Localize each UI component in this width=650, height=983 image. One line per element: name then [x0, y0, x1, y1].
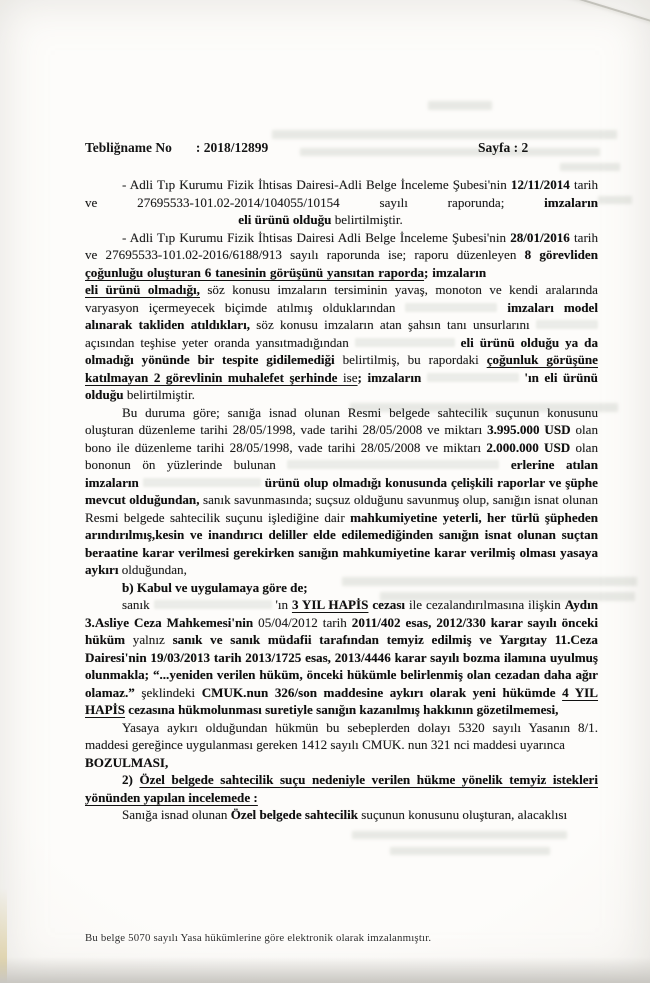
text-run: suçunun konusunu oluşturan, alacaklısı — [361, 807, 567, 822]
bleed-through-text — [352, 831, 567, 839]
text-run: 05/04/2012 tarih — [258, 615, 352, 630]
text-run: belirtilmiştir. — [335, 212, 403, 227]
redacted-name — [405, 303, 497, 312]
bleed-through-text — [428, 101, 492, 110]
scan-edge-shadow — [0, 957, 650, 983]
page-number: Sayfa : 2 — [478, 140, 528, 156]
text-run: b) Kabul ve uygulamaya göre de; — [122, 580, 308, 595]
bleed-through-text — [560, 163, 620, 171]
scanned-legal-document-page: Tebliğname No: 2018/12899 Sayfa : 2 - Ad… — [0, 0, 650, 983]
text-run: cezası — [368, 597, 405, 612]
text-run: ile cezalandırılmasına ilişkin — [405, 597, 565, 612]
redacted-name — [143, 478, 261, 487]
doc-number-label: Tebliğname No — [85, 140, 172, 155]
page-fold-crease — [549, 0, 650, 29]
text-run: imzaların — [432, 265, 486, 280]
paragraph-private-document: Sanığa isnad olunan Özel belgede sahteci… — [85, 806, 598, 824]
text-run: olduğundan, — [122, 562, 187, 577]
text-run: sanık — [122, 597, 154, 612]
text-run: imzaların — [367, 370, 421, 385]
text-run: 2.000.000 USD — [486, 440, 570, 455]
text-run: eli ürünü olduğu — [238, 212, 334, 227]
text-run: CMUK.nun 326/son maddesine aykırı olarak… — [202, 685, 562, 700]
text-run: 2) — [122, 772, 139, 787]
text-run: 3 YIL HAPİS — [292, 597, 368, 612]
text-run: ; — [358, 370, 368, 385]
text-run: - Adli Tıp Kurumu Fizik İhtisas Dairesi … — [122, 230, 510, 245]
heading-2: 2) Özel belgede sahtecilik suçu nedeniyl… — [85, 771, 598, 806]
paragraph-report-2016: - Adli Tıp Kurumu Fizik İhtisas Dairesi … — [85, 229, 598, 404]
text-run: Yasaya aykırı olduğundan hükmün bu sebep… — [85, 720, 598, 753]
redacted-name — [154, 600, 272, 609]
text-run: Sanığa isnad olunan — [122, 807, 231, 822]
bleed-through-text — [390, 847, 550, 855]
text-run: BOZULMASI, — [85, 755, 168, 770]
text-run: belirtilmiş, bu rapordaki — [335, 352, 487, 367]
text-run: Özel belgede sahtecilik suçu nedeniyle v… — [85, 772, 598, 805]
text-run: söz konusu imzaların atan şahsın tanı un… — [250, 317, 536, 332]
bleed-through-text — [272, 130, 617, 139]
redacted-name — [536, 320, 598, 329]
text-run: Özel belgede sahtecilik — [231, 807, 362, 822]
text-run: cezasına hükmolunması suretiyle sanığın … — [125, 702, 558, 717]
paragraph-reversal: Yasaya aykırı olduğundan hükmün bu sebep… — [85, 719, 598, 772]
text-run: - Adli Tıp Kurumu Fizik İhtisas Dairesi-… — [122, 177, 511, 192]
paragraph-report-2014: - Adli Tıp Kurumu Fizik İhtisas Dairesi-… — [85, 176, 598, 229]
redacted-name — [85, 215, 235, 224]
electronic-signature-note: Bu belge 5070 sayılı Yasa hükümlerine gö… — [85, 932, 431, 944]
text-run: açısından teşhise yeter oranda yansıtmad… — [85, 335, 355, 350]
redacted-name — [490, 268, 598, 277]
document-header: Tebliğname No: 2018/12899 Sayfa : 2 — [85, 140, 598, 156]
redacted-names — [287, 460, 499, 469]
text-run: eli ürünü olmadığı, — [85, 282, 200, 297]
text-run: imzaların — [544, 195, 598, 210]
redacted-name — [355, 338, 455, 347]
text-run: yalnız — [125, 632, 173, 647]
text-run: çoğunluğu oluşturan 6 tanesinin görüşünü… — [85, 265, 424, 280]
paragraph-sentence-appeal: sanık 'ın 3 YIL HAPİS cezası ile cezalan… — [85, 596, 598, 719]
heading-b: b) Kabul ve uygulamaya göre de; — [85, 579, 598, 597]
doc-number-value: : 2018/12899 — [196, 140, 268, 155]
text-run: 12/11/2014 — [511, 177, 570, 192]
text-run: ise — [337, 370, 357, 385]
paragraph-assessment: Bu duruma göre; sanığa isnad olunan Resm… — [85, 404, 598, 579]
text-run: şeklindeki — [135, 685, 202, 700]
document-body: - Adli Tıp Kurumu Fizik İhtisas Dairesi-… — [85, 176, 598, 824]
redacted-name — [427, 373, 519, 382]
text-run: 8 görevliden — [525, 247, 598, 262]
bleed-through-text — [598, 196, 632, 204]
text-run: 'ın — [275, 597, 291, 612]
text-run: belirtilmiştir. — [127, 387, 195, 402]
text-run: 28/01/2016 — [510, 230, 570, 245]
text-run: 3.995.000 USD — [487, 422, 570, 437]
